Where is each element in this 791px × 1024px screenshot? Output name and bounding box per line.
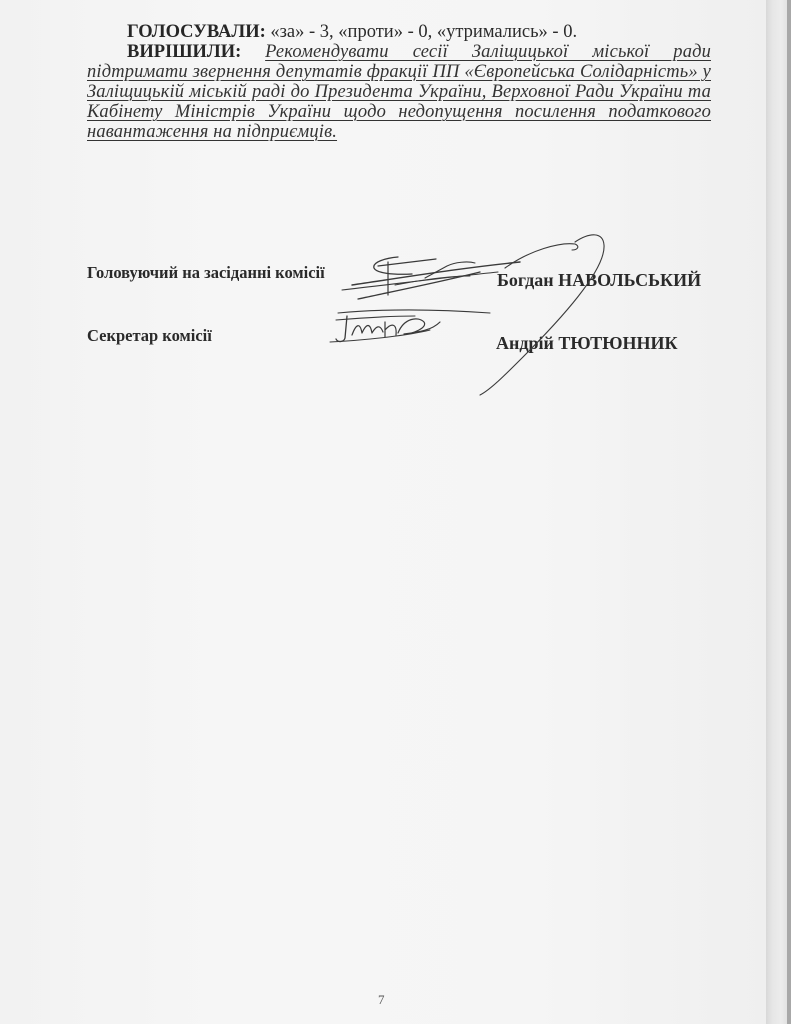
decision-paragraph: ВИРІШИЛИ: Рекомендувати сесії Заліщицько…	[87, 42, 711, 142]
vote-result-line: ГОЛОСУВАЛИ: «за» - 3, «проти» - 0, «утри…	[87, 22, 711, 42]
secretary-role: Секретар комісії	[87, 326, 212, 346]
document-page: ГОЛОСУВАЛИ: «за» - 3, «проти» - 0, «утри…	[0, 0, 766, 1024]
decision-label: ВИРІШИЛИ:	[127, 42, 241, 62]
vote-label: ГОЛОСУВАЛИ:	[127, 22, 266, 42]
page-number: 7	[378, 992, 385, 1008]
chair-role: Головуючий на засіданні комісії	[87, 263, 325, 283]
secretary-name: Андрій ТЮТЮННИК	[496, 333, 678, 354]
document-body: ГОЛОСУВАЛИ: «за» - 3, «проти» - 0, «утри…	[87, 22, 711, 142]
page-edge-border	[787, 0, 791, 1024]
vote-text: «за» - 3, «проти» - 0, «утримались» - 0.	[266, 22, 577, 42]
chair-name: Богдан НАВОЛЬСЬКИЙ	[497, 270, 701, 291]
